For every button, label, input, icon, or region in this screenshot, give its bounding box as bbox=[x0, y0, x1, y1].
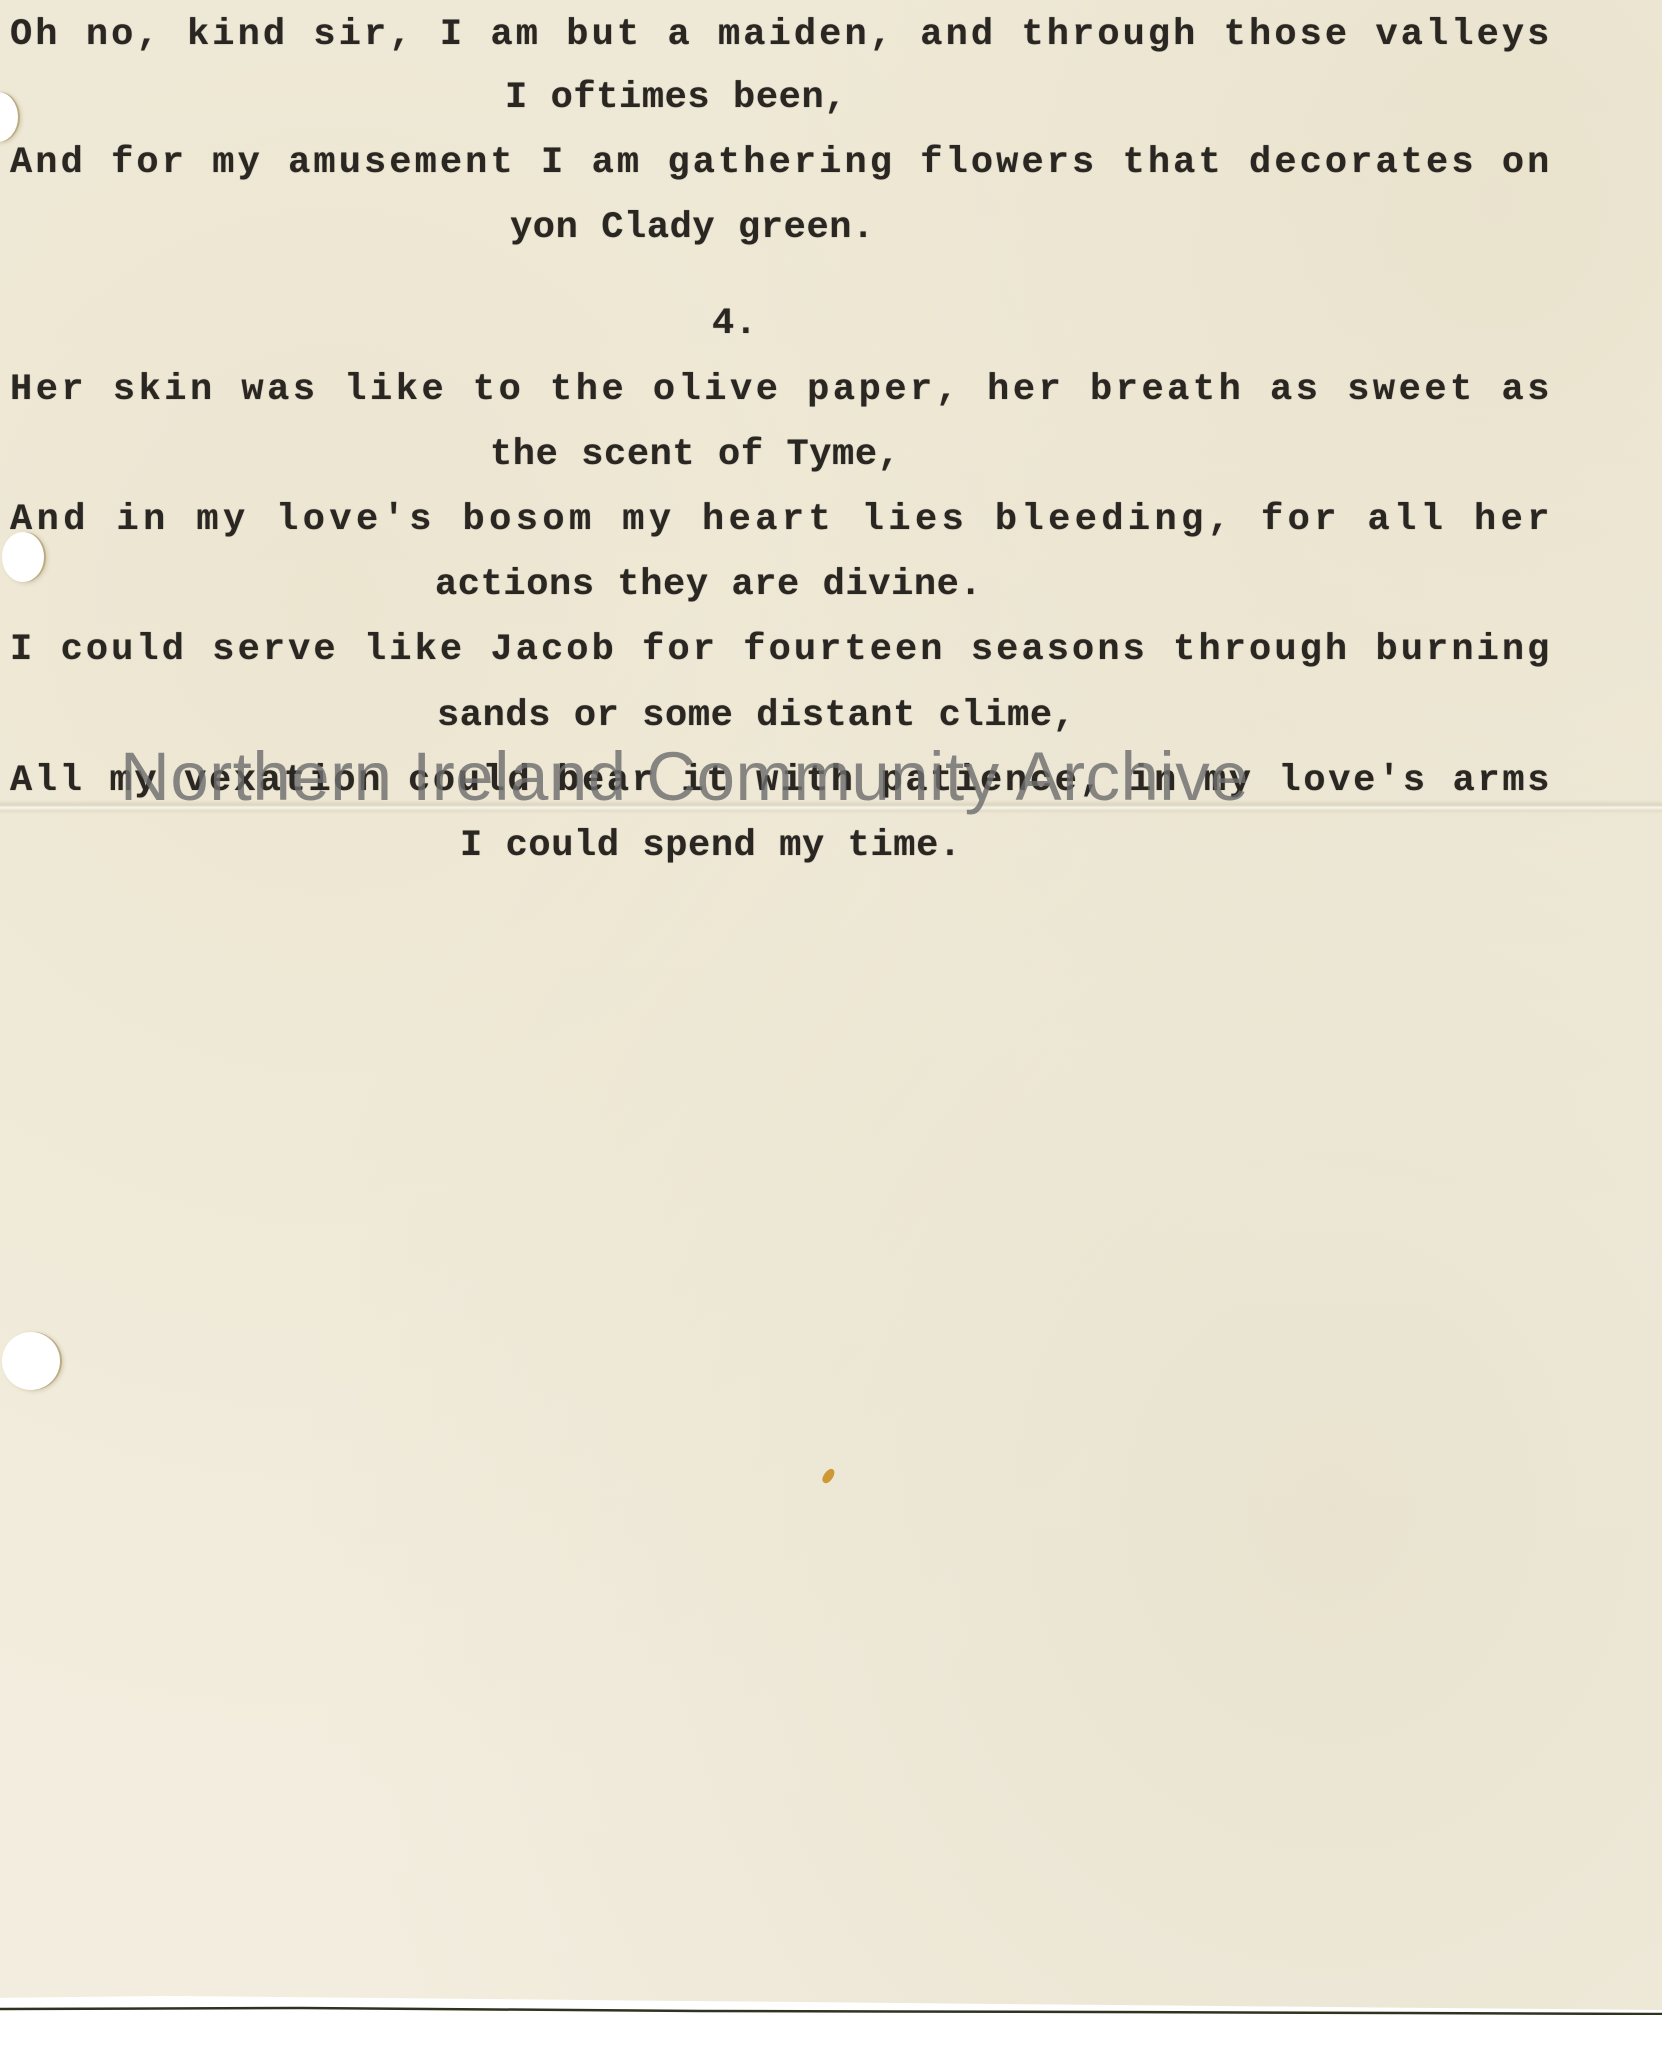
lyric-line-continuation: I oftimes been, bbox=[505, 80, 847, 117]
lyric-line-continuation: the scent of Tyme, bbox=[490, 437, 900, 474]
lyric-line-continuation: actions they are divine. bbox=[435, 567, 982, 604]
punch-hole-top bbox=[0, 92, 18, 142]
lyric-line-continuation: yon Clady green. bbox=[510, 210, 875, 247]
stanza-number: 4. bbox=[712, 306, 758, 343]
lyric-line: Oh no, kind sir, I am but a maiden, and … bbox=[10, 17, 1552, 54]
lyric-line: And for my amusement I am gathering flow… bbox=[10, 145, 1552, 182]
lyric-line-continuation: I could spend my time. bbox=[460, 828, 962, 865]
archive-watermark: Northern Ireland Community Archive bbox=[120, 742, 1249, 811]
ink-stain-mark bbox=[820, 1467, 837, 1485]
lyric-line-continuation: sands or some distant clime, bbox=[437, 698, 1076, 735]
lyric-line: I could serve like Jacob for fourteen se… bbox=[10, 632, 1552, 669]
lyric-line: Her skin was like to the olive paper, he… bbox=[10, 372, 1553, 409]
paper-sheet: Oh no, kind sir, I am but a maiden, and … bbox=[0, 0, 1662, 2012]
punch-hole-bottom bbox=[2, 1332, 60, 1390]
lyric-line: And in my love's bosom my heart lies ble… bbox=[10, 502, 1554, 539]
